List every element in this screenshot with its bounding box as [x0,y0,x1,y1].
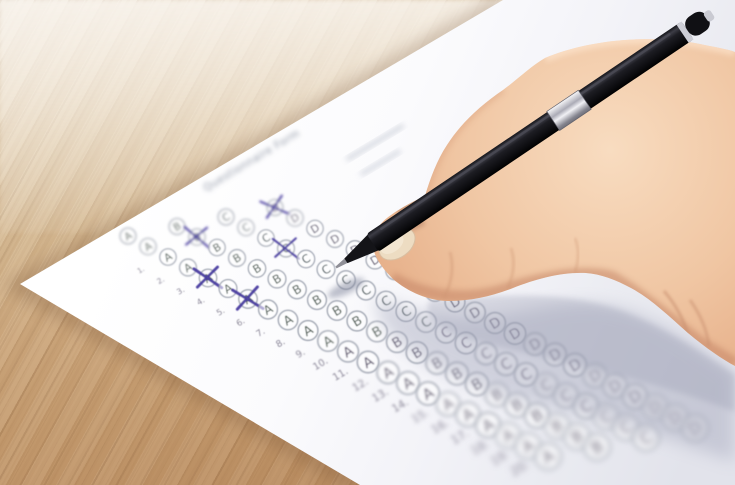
photo-scene: Questionnaire Form ABCDABCD1.ABCD2.ABCD3… [0,0,735,485]
scene-overlay: Questionnaire Form ABCDABCD1.ABCD2.ABCD3… [0,0,735,485]
